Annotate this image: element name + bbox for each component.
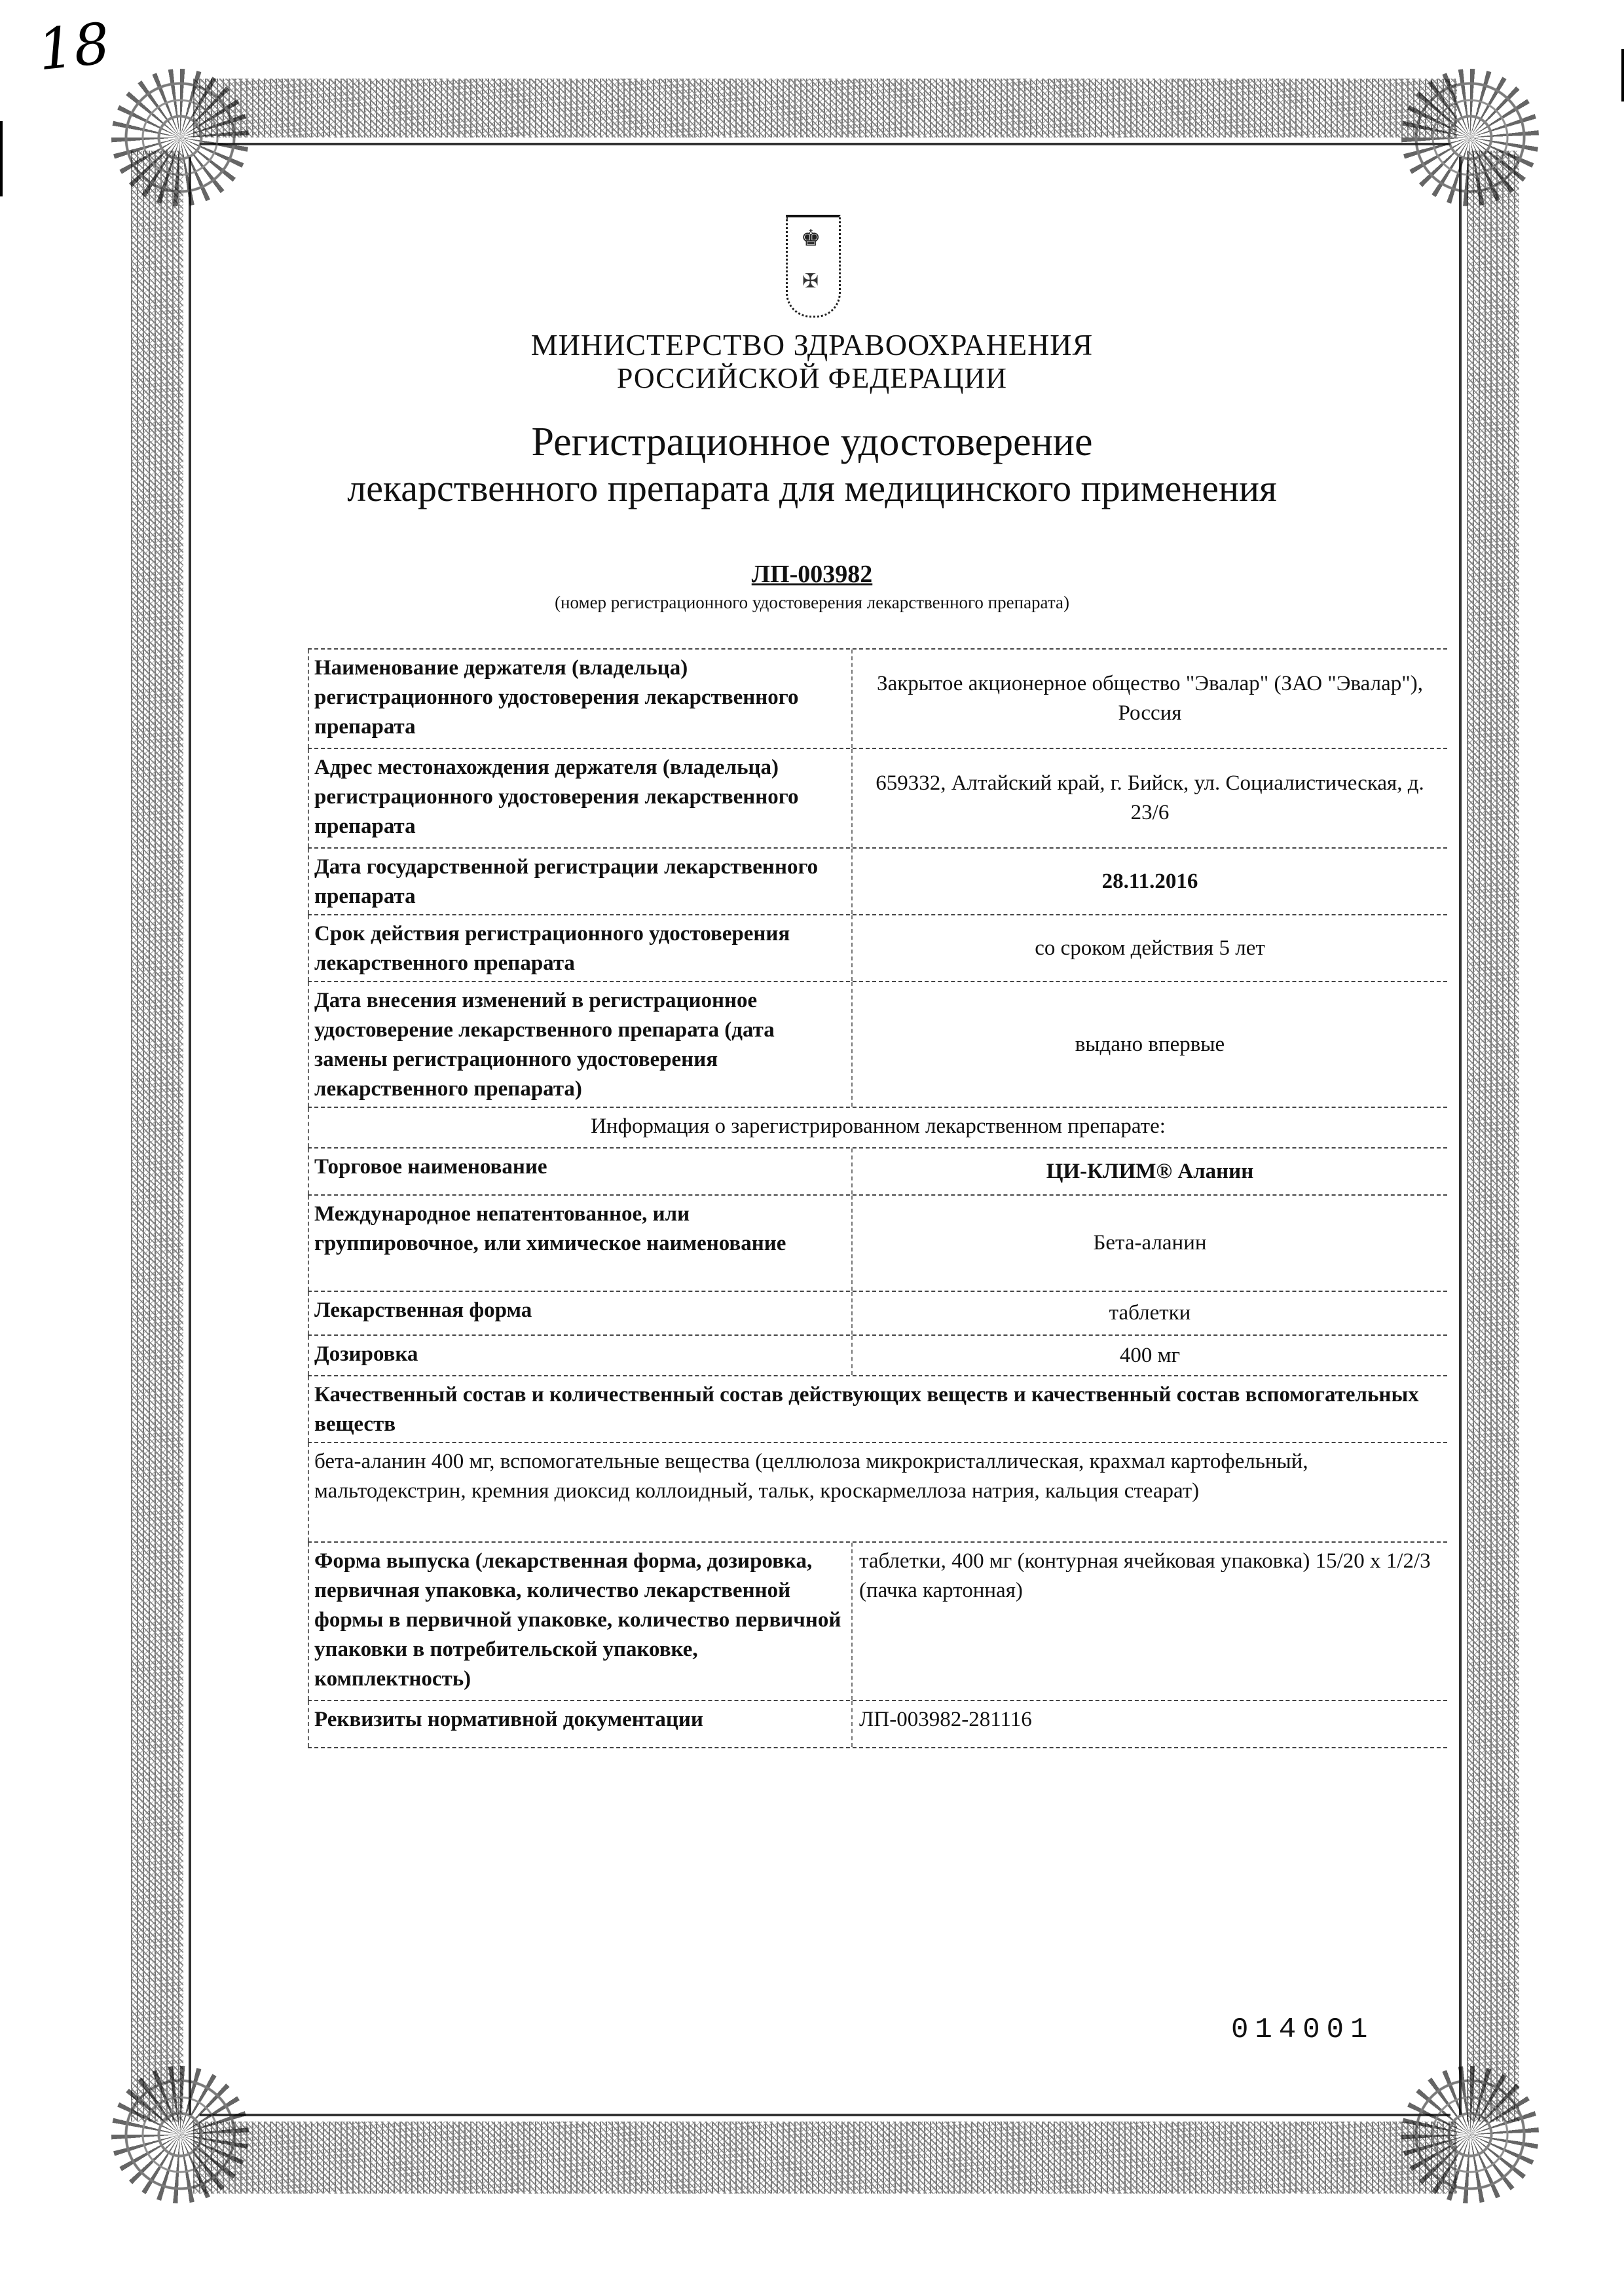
row-value: таблетки, 400 мг (контурная ячейковая уп… xyxy=(851,1543,1447,1700)
row-value: таблетки xyxy=(851,1292,1447,1334)
border-band-top xyxy=(193,79,1457,138)
row-value: 659332, Алтайский край, г. Бийск, ул. Со… xyxy=(851,749,1447,847)
row-label: Срок действия регистрационного удостовер… xyxy=(308,915,851,981)
row-label: Форма выпуска (лекарственная форма, дози… xyxy=(308,1543,851,1700)
ministry-name-line1: МИНИСТЕРСТВО ЗДРАВООХРАНЕНИЯ xyxy=(0,327,1624,362)
border-rule-bottom xyxy=(200,2114,1450,2116)
corner-rosette-icon xyxy=(111,69,249,206)
registration-number-caption: (номер регистрационного удостоверения ле… xyxy=(0,593,1624,613)
row-label: Международное непатентованное, или групп… xyxy=(308,1196,851,1291)
corner-rosette-icon xyxy=(1401,2066,1539,2203)
border-rule-top xyxy=(200,143,1450,145)
section-header-text: Информация о зарегистрированном лекарств… xyxy=(308,1108,1447,1147)
certificate-table: Наименование держателя (владельца) регис… xyxy=(308,648,1447,1748)
table-row-trade-name: Торговое наименование ЦИ-КЛИМ® Аланин xyxy=(308,1147,1447,1194)
row-value: 400 мг xyxy=(851,1336,1447,1375)
table-row-composition-value: бета-аланин 400 мг, вспомогательные веще… xyxy=(308,1442,1447,1541)
corner-rosette-icon xyxy=(1401,69,1539,206)
table-row-release-form: Форма выпуска (лекарственная форма, дози… xyxy=(308,1541,1447,1700)
row-label: Адрес местонахождения держателя (владель… xyxy=(308,749,851,847)
table-row-normative-doc: Реквизиты нормативной документации ЛП-00… xyxy=(308,1700,1447,1748)
scan-edge-mark-right xyxy=(1621,49,1624,101)
row-value: Бета-аланин xyxy=(851,1196,1447,1291)
row-value: Закрытое акционерное общество "Эвалар" (… xyxy=(851,650,1447,748)
row-label: Лекарственная форма xyxy=(308,1292,851,1334)
row-value: выдано впервые xyxy=(851,982,1447,1107)
row-label: Наименование держателя (владельца) регис… xyxy=(308,650,851,748)
handwritten-page-number: 18 xyxy=(35,11,113,84)
ministry-name-line2: РОССИЙСКОЙ ФЕДЕРАЦИИ xyxy=(0,361,1624,395)
row-label: Дозировка xyxy=(308,1336,851,1375)
coat-of-arms-emblem-icon xyxy=(786,215,841,318)
table-row-change-date: Дата внесения изменений в регистрационно… xyxy=(308,981,1447,1107)
registration-number-value: ЛП-003982 xyxy=(752,561,873,588)
table-row-holder-name: Наименование держателя (владельца) регис… xyxy=(308,648,1447,748)
table-row-validity: Срок действия регистрационного удостовер… xyxy=(308,914,1447,981)
composition-header-text: Качественный состав и количественный сос… xyxy=(308,1376,1447,1442)
composition-value-text: бета-аланин 400 мг, вспомогательные веще… xyxy=(308,1443,1447,1541)
table-section-header: Информация о зарегистрированном лекарств… xyxy=(308,1107,1447,1147)
registration-number: ЛП-003982 xyxy=(0,560,1624,589)
row-value: 28.11.2016 xyxy=(851,849,1447,914)
table-row-inn: Международное непатентованное, или групп… xyxy=(308,1194,1447,1291)
document-title-line2: лекарственного препарата для медицинског… xyxy=(0,466,1624,510)
row-value: ЦИ-КЛИМ® Аланин xyxy=(851,1149,1447,1194)
table-row-dosage-form: Лекарственная форма таблетки xyxy=(308,1291,1447,1334)
table-row-registration-date: Дата государственной регистрации лекарст… xyxy=(308,847,1447,914)
table-row-composition-header: Качественный состав и количественный сос… xyxy=(308,1375,1447,1442)
row-label: Дата государственной регистрации лекарст… xyxy=(308,849,851,914)
row-value: со сроком действия 5 лет xyxy=(851,915,1447,981)
table-row-dosage: Дозировка 400 мг xyxy=(308,1334,1447,1375)
row-label: Торговое наименование xyxy=(308,1149,851,1194)
row-label: Дата внесения изменений в регистрационно… xyxy=(308,982,851,1107)
form-serial-number: 014001 xyxy=(1231,2013,1374,2046)
document-title-line1: Регистрационное удостоверение xyxy=(0,419,1624,466)
corner-rosette-icon xyxy=(111,2066,249,2203)
table-row-holder-address: Адрес местонахождения держателя (владель… xyxy=(308,748,1447,847)
row-label: Реквизиты нормативной документации xyxy=(308,1701,851,1747)
border-band-bottom xyxy=(193,2122,1457,2194)
scan-edge-mark xyxy=(0,121,3,196)
row-value: ЛП-003982-281116 xyxy=(851,1701,1447,1747)
